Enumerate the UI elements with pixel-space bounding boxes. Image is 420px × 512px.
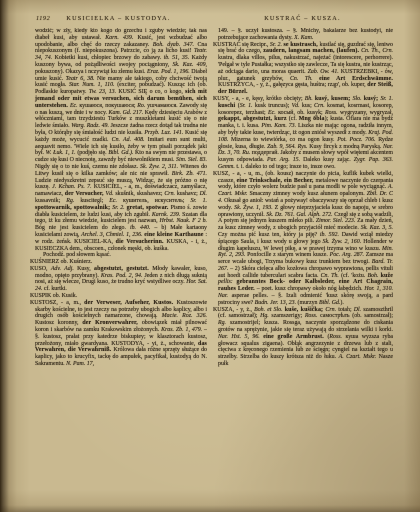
text-run: Cn. Ad. 408. (112, 137, 148, 143)
text-run: Rg. (66, 198, 80, 204)
text-run: kuže (381, 273, 393, 279)
text-run: (cf. (289, 116, 299, 122)
text-run: der Kronverwahrer, (82, 320, 142, 326)
text-run: Ross. (325, 110, 340, 116)
text-run: KUSZA, - y, ż., (213, 307, 254, 313)
text-run: eine Trinkschale, ein Becher, (237, 178, 316, 184)
scanned-dictionary-page: 1192 KUSICIELKA – KUSTODYA. KUSTRAĆ – KU… (0, 0, 420, 512)
text-run: Ec. (109, 198, 123, 204)
text-run: Kras. Pod. 2, 94. (101, 273, 145, 279)
right-text-column: 149. – §. uczył kustosza. – §. Mnichy, b… (213, 28, 393, 484)
text-run: KUSO, (30, 266, 51, 272)
text-run: Pochodź. pod słowem kąsać. (43, 252, 111, 258)
text-run: Mng öbla (299, 116, 325, 122)
text-run: kuscitegl; (80, 198, 109, 204)
text-run: Poc. Arg. 287. (330, 252, 366, 258)
text-run: kushavz; (177, 191, 200, 197)
text-run: KUŚNIERZ ob. Kuśnierz. (30, 259, 92, 265)
text-run: KUSTOSZ, - a, m., (30, 300, 84, 306)
text-run: Zab. Ow. 41. (308, 69, 341, 75)
text-run: Pot. Pocz. 706. (337, 137, 378, 143)
text-run: W. Łuk. 1, 1. (46, 150, 78, 156)
text-run: Cn. Th. (290, 76, 319, 82)
text-run: – poet. kusz chropawy około nóg łabędzic… (257, 286, 365, 292)
text-run: Cn. Th., Crn. (361, 48, 393, 54)
text-run: Warg. Radz. 49. (71, 123, 110, 129)
text-run: Ec. (70, 103, 79, 109)
text-run: eine kleine Karthaune (144, 232, 205, 238)
text-run: totah; (338, 307, 354, 313)
text-run: Kusy fircyk z modną Paryską. (309, 144, 383, 150)
text-run: Dl. (354, 307, 363, 313)
text-run: Sk. Kaz. 409, (172, 62, 207, 68)
dictionary-paragraph: KUSZ, - a, - u, m., (ob. kousz) naczynie… (218, 171, 393, 307)
text-run: szamostrijel; kusza. Rossga, naczynie sp… (218, 320, 393, 333)
text-run: Nigdy się o to nie kuś, czemu nie zdołas… (35, 164, 140, 170)
text-run: Sk. Żyw. 1, 193. (234, 205, 275, 211)
text-run: kussavnik; (35, 198, 66, 204)
text-run: Bibl. Gd. (319, 300, 340, 306)
text-run: Zimor. Siel. 223. (316, 218, 357, 224)
text-run: ib. 440. (130, 225, 154, 231)
text-run: Kustosz koronny, (35, 320, 82, 326)
text-run: N. Pam. 17, (66, 361, 94, 367)
text-run: Teatr 6, 38. (66, 76, 97, 82)
text-run: skušnik, skushavez; (115, 191, 164, 197)
text-run: wygryzany, wygryzał, (340, 110, 393, 116)
dictionary-paragraph: KUŚNIERZ ob. Kuśnierz. (35, 259, 207, 266)
text-run: Sim. Siel. 83. (176, 157, 207, 163)
text-run: Slo. (353, 96, 364, 102)
running-head-left: KUSICIELKA – KUSTODYA. (30, 15, 207, 22)
text-run: Karnk. 239. (152, 212, 182, 218)
text-run: kus; (302, 103, 314, 109)
text-run: Nar. Hst. 5, 96. (218, 334, 263, 340)
dictionary-paragraph: KUSTOSZ, - a, m., der Verweser, Aufseher… (35, 300, 207, 368)
dictionary-paragraph: KUSZA, - y, ż., Boh. et Slo. kuše, kušič… (218, 307, 393, 368)
text-run: Par. Arg. 15. (267, 157, 303, 163)
text-run: KUSPIK ob. Kusik. (30, 293, 77, 299)
text-run: Ponfocille z starym winem kusze. (247, 252, 329, 258)
text-run: KUSIĆ SIĘ o co, o kogo, (118, 89, 185, 95)
text-run: ib. 592. (320, 232, 342, 238)
text-run: Kusy, (77, 266, 94, 272)
dictionary-paragraph: KUSTRAĆ się Recipr., Sr. 2. se kustrasch… (218, 42, 393, 96)
text-run: Pim. Kam. 73. (261, 123, 298, 129)
text-run: se kustrasch, (283, 42, 319, 48)
left-text-column: wodzić; w zły, kiedy kto kogo do grzechu… (30, 28, 207, 484)
text-run: Bh. (305, 96, 315, 102)
text-run: ib. 51, 35. (164, 55, 192, 61)
text-run: Ec. (268, 110, 278, 116)
text-run: Boh. (367, 273, 380, 279)
text-run: Kras. Zb. 1, 479. (161, 327, 204, 333)
text-run: самострѣлъ (ob. samostrzał); (320, 313, 393, 319)
text-run: ). (340, 300, 343, 306)
text-run: Sk. Dz. 761. Gal. Alph. 272. (266, 212, 334, 218)
text-run: gekappt, abgestutzt, kurz (218, 116, 289, 122)
text-run: Sr. 1. (190, 198, 207, 204)
text-run: kuschi (218, 103, 238, 109)
text-run: A. Czart. Mskr. (339, 354, 379, 360)
text-run: Boh. dyab. 347. (153, 42, 198, 48)
text-run: Crn. (314, 103, 327, 109)
text-run: J. Kchan. Ps. 7. (52, 184, 94, 190)
text-run: Adv. Adj. (51, 266, 77, 272)
text-run: die Versucherinn. (116, 239, 167, 245)
text-run: Bóg nie jest kusicielem do złego. (35, 225, 130, 231)
text-run: Ro. (137, 103, 147, 109)
text-run: zaudern, langsam machen, (laufen). (263, 48, 361, 54)
text-run: Tw. 23, 13. (89, 89, 119, 95)
text-run: Vd. (106, 191, 116, 197)
text-run: Karn. 439. (105, 35, 137, 41)
text-run: Mizerna to wiewiórka, co ma ogon kusy. (231, 137, 337, 143)
text-run: Sk. Żyw. 2, 160. (323, 239, 364, 245)
text-run: KUSTRZYCA, - y, ż., gałęzyca gęsta, huśt… (218, 82, 367, 88)
text-run: Boh. et Slo. (254, 307, 285, 313)
dictionary-paragraph: KUSY, - a, - e, kęsy, krótko obcięty; Bh… (218, 96, 393, 171)
text-run: Zab. 9, 564. Rys. (267, 144, 309, 150)
dictionary-paragraph: 149. – §. uczył kustosza. – §. Mnichy, b… (218, 28, 393, 42)
text-run: spottowarnik, spottowalnik; (35, 205, 112, 211)
text-run: cf. kurtki. (44, 286, 67, 292)
text-run: косый, ob. kusyk; (278, 110, 325, 116)
text-run: der Versucher, (65, 191, 106, 197)
text-run: кушаюся, покушаюся; (79, 103, 137, 109)
text-run: Birk. Zb. 471. (172, 171, 207, 177)
text-run: Budn. Jer. 13, 23. (255, 300, 298, 306)
text-run: pellis: (218, 279, 236, 285)
text-run: der Verweser, Aufseher, Kustos. (84, 300, 176, 306)
text-run: eine Art Erdschwämme. (319, 76, 393, 82)
dictionary-paragraph: wodzić; w zły, kiedy kto kogo do grzechu… (35, 28, 207, 252)
text-run: Kam. Gd. 217. (109, 110, 145, 116)
text-run: Smaczny zimney wody kusz ałunem opalonym… (250, 191, 367, 197)
text-run: kuše, kušička; (285, 307, 326, 313)
text-run: abgestutzt, gestutzt. (94, 266, 152, 272)
text-run: Czy można pić kusz ten, który ja piję? (218, 232, 320, 238)
text-run: Przyb. Luz. 141. (144, 130, 185, 136)
text-run: t. i. daleko to od tego; insze to, insze… (236, 164, 335, 170)
text-run: Dl. (200, 191, 207, 197)
text-run: Crn. (164, 191, 176, 197)
text-run: (murzyn (298, 300, 319, 306)
text-run: Archel. 3, Chmiel. 1, 236. (81, 232, 144, 238)
text-run: KUSTRAĆ się Recipr., (213, 42, 270, 48)
text-run: Hg. (260, 313, 271, 319)
text-run: Kobietki kusi, chłopiec brzowy do zabawy… (55, 55, 164, 61)
text-run: Sk. Kaz. 3, 5. (361, 225, 393, 231)
text-run: szamszerigy; (271, 313, 304, 319)
text-run: Ross. (305, 313, 320, 319)
text-run: Sr. 2. (112, 205, 126, 211)
text-run: gretat, spotwar. (127, 205, 171, 211)
text-run: (cf. 'kożu. (341, 273, 367, 279)
running-head-right: KUSTRAĆ – KUSZA. (213, 15, 392, 22)
text-run: X. Kam. (294, 35, 313, 41)
text-run: Macie. Roz. 326. (162, 313, 207, 319)
text-run: kusý; (364, 96, 381, 102)
text-run: Vd. (292, 103, 302, 109)
text-run: Ross. (329, 334, 345, 340)
text-run: кушитель, искуситель; (123, 198, 190, 204)
text-run: Eraz. Pod. 1, 196. (147, 69, 191, 75)
text-run: pokuszony). Okazya i nczywiąt ku złemu k… (35, 69, 147, 75)
text-run: eine große Armbrust. (263, 334, 327, 340)
text-run: Sk. Żyw. 2, 311. (140, 164, 180, 170)
dictionary-paragraph: KUSPIK ob. Kusik. (35, 293, 207, 300)
text-run: (podjęło się. (77, 150, 108, 156)
text-run: Star. Num. 1, 110. (69, 82, 117, 88)
text-run: Bibl. Gd.). (108, 150, 135, 156)
text-run: Rg. (218, 320, 230, 326)
text-run: Sr. 2. (270, 42, 284, 48)
text-run: kusk truncus); (255, 103, 292, 109)
text-run: kusý, kusem; (315, 96, 353, 102)
text-run: KUSY, - a, - e, kęsy, krótko obcięty; (213, 96, 305, 102)
text-run: Cn. Th. (321, 273, 341, 279)
text-run: Sr. 1. (240, 103, 255, 109)
text-run: Sr. 1. (380, 96, 393, 102)
text-run: Daleko kusy zając. (303, 157, 354, 163)
text-run: Hrbst. Nauk. F 2 b. (160, 218, 207, 224)
text-run: Crn. (325, 307, 338, 313)
dictionary-paragraph: KUSO, Adv. Adj. Kusy, abgestutzt, gestut… (35, 266, 207, 293)
